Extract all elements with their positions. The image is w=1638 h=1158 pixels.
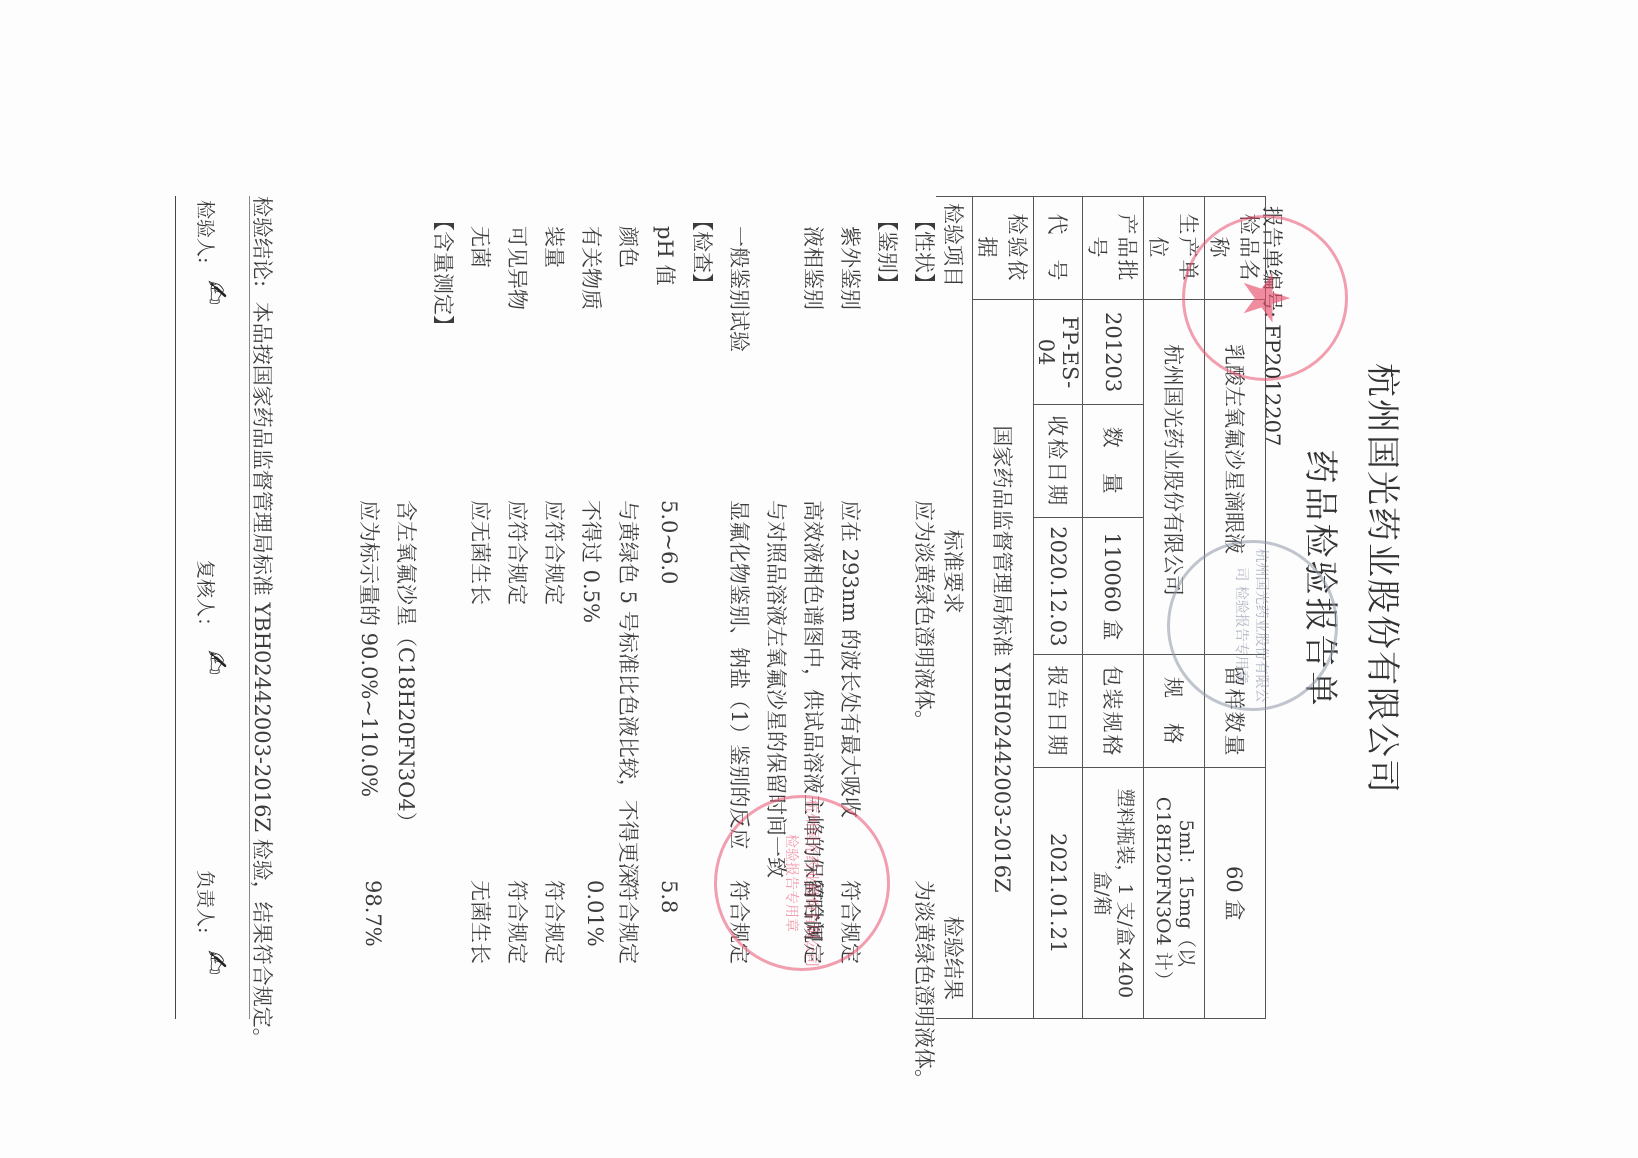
header-standard: 标准要求 [941,530,965,614]
spec: 5ml：15mg（以 C18H20FN3O4 计） [1144,768,1205,1019]
basis-label: 检验依据 [973,197,1034,300]
code: FP-ES-04 [1034,300,1083,405]
result-value: 符合规定 [503,880,533,964]
red-seal-top: ★ [1182,215,1348,381]
inspector-label: 检验人: [193,200,220,263]
results-header-row: 检验项目 标准要求 检验结果 [936,197,973,1019]
result-item: 液相鉴别 [799,226,829,310]
result-standard: 应符合规定 [540,500,570,605]
result-value: 符合规定 [614,880,644,964]
retained-qty: 60 盒 [1205,768,1266,1019]
result-standard: 应在 293nm 的波长处有最大吸收 [836,500,866,818]
conclusion-label: 检验结论: [250,196,274,287]
quantity-label: 数 量 [1083,405,1144,518]
result-standard: 5.0~6.0 [657,500,681,584]
signature-line [175,196,176,1019]
result-value: 5.8 [657,880,681,913]
quantity: 110060 盒 [1083,518,1144,655]
gray-seal-text: 杭州国光药业股份有限公司 检验报告专用章 [1233,543,1273,708]
result-row: pH 值5.0~6.05.8 [655,210,681,1010]
result-item: 【性状】 [910,210,940,294]
result-standard: 不得过 0.5% [577,500,607,623]
result-value: 0.01% [583,880,607,947]
received-date: 2020.12.03 [1034,518,1083,655]
red-seal-text: 杭州国光药业股份有限公司 检验报告专用章 [782,798,822,968]
result-row: 有关物质不得过 0.5%0.01% [581,210,607,1010]
result-item: 有关物质 [577,226,607,310]
result-item: 一般鉴别试验 [725,226,755,352]
result-standard: 含左氧氟沙星（C18H20FN3O4） [392,500,422,833]
result-item: 【检查】 [688,210,718,294]
batch-label: 产品批号 [1083,197,1144,300]
result-standard: 与黄绿色 5 号标准比色液比较，不得更深 [614,500,644,884]
result-item: 【含量测定】 [429,210,459,336]
inspector-signature: ✍ [198,280,233,305]
conclusion-text: 本品按国家药品监督管理局标准 YBH02442003-2016Z 检验，结果符合… [250,302,274,1049]
result-row: 颜色与黄绿色 5 号标准比色液比较，不得更深符合规定 [618,210,644,1010]
result-row: 应为标示量的 90.0%~110.0%98.7% [359,210,385,1010]
result-item: 颜色 [614,226,644,268]
result-standard: 应符合规定 [503,500,533,605]
reviewer-label: 复核人： [193,560,220,636]
batch: 201203 [1083,300,1144,405]
gray-seal: 杭州国光药业股份有限公司 检验报告专用章 [1167,540,1338,711]
conclusion: 检验结论: 本品按国家药品监督管理局标准 YBH02442003-2016Z 检… [248,196,278,1049]
result-item: 紫外鉴别 [836,226,866,310]
result-row: 装量应符合规定符合规定 [544,210,570,1010]
result-value: 为淡黄绿色澄明液体。 [910,880,940,1090]
result-item: 【鉴别】 [873,210,903,294]
reviewer-signature: ✍ [198,650,233,675]
result-item: pH 值 [651,226,681,285]
result-value: 无菌生长 [466,880,496,964]
result-standard: 应为淡黄绿色澄明液体。 [910,500,940,731]
result-row: 【性状】应为淡黄绿色澄明液体。为淡黄绿色澄明液体。 [914,210,940,1010]
result-value: 98.7% [361,880,385,947]
manager-signature: ✍ [198,950,233,975]
result-item: 可见异物 [503,226,533,310]
report-date: 2021.01.21 [1034,768,1083,1019]
manager-label: 负责人: [193,870,220,933]
basis: 国家药品监督管理局标准 YBH02442003-2016Z [973,300,1034,1019]
result-standard: 显氟化物鉴别、钠盐（1）鉴别的反应 [725,500,755,849]
header-result: 检验结果 [939,916,969,1000]
result-item: 装量 [540,226,570,268]
received-label: 收检日期 [1034,405,1083,518]
result-standard: 应无菌生长 [466,500,496,605]
code-label: 代 号 [1034,197,1083,300]
package: 塑料瓶装，1 支/盒×400 盒/箱 [1083,768,1144,1019]
result-row: 无菌应无菌生长无菌生长 [470,210,496,1010]
report-date-label: 报告日期 [1034,655,1083,768]
report-page: 杭州国光药业股份有限公司 药品检验报告单 报告单编号:FP2012207 检品名… [0,0,1638,1158]
result-row: 含左氧氟沙星（C18H20FN3O4） [396,210,422,1010]
result-standard: 应为标示量的 90.0%~110.0% [355,500,385,797]
result-row: 【含量测定】 [433,210,459,1010]
result-row: 可见异物应符合规定符合规定 [507,210,533,1010]
header-item: 检验项目 [939,203,969,287]
star-icon: ★ [1233,269,1297,326]
package-label: 包装规格 [1083,655,1144,768]
result-value: 符合规定 [540,880,570,964]
result-item: 无菌 [466,226,496,268]
company-name: 杭州国光药业股份有限公司 [1361,0,1410,1158]
red-seal-bottom: 杭州国光药业股份有限公司 检验报告专用章 [714,795,890,971]
